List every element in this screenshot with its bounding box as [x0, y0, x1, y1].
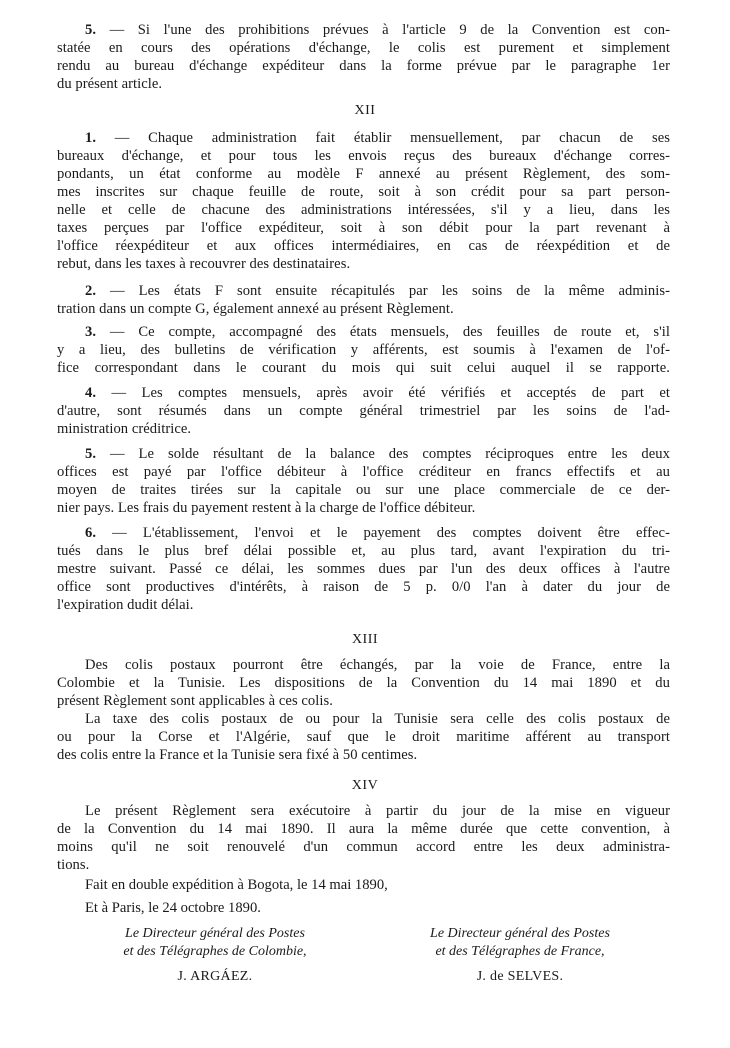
- text-line: ou pour la Corse et l'Algérie, sauf que …: [57, 729, 670, 747]
- text-line: rebut, dans les taxes à recouvrer des de…: [57, 256, 670, 274]
- line-text: — Les comptes mensuels, après avoir été …: [96, 385, 670, 401]
- text-line: 2. — Les états F sont ensuite récapitulé…: [85, 283, 670, 301]
- line-text: — Ce compte, accompagné des états mensue…: [96, 324, 670, 340]
- signatory-title-line: Le Directeur général des Postes: [80, 925, 350, 943]
- text-line: pondants, un état conforme au modèle F a…: [57, 166, 670, 184]
- text-line: l'expiration dudit délai.: [57, 597, 670, 615]
- paragraph-number: 4.: [85, 385, 96, 401]
- text-line: 4. — Les comptes mensuels, après avoir é…: [85, 385, 670, 403]
- text-line: présent Règlement sont applicables à ces…: [57, 693, 670, 711]
- line-text: — Le solde résultant de la balance des c…: [96, 446, 670, 462]
- section-heading-xiii: XIII: [0, 632, 730, 648]
- paragraph-number: 1.: [85, 130, 96, 146]
- line-text: — Si l'une des prohibitions prévues à l'…: [96, 22, 670, 38]
- text-line: mes inscrites sur chaque feuille de rout…: [57, 184, 670, 202]
- text-line: du présent article.: [57, 76, 670, 94]
- text-line: mestre suivant. Passé ce délai, les somm…: [57, 561, 670, 579]
- text-line: d'autre, sont résumés dans un compte gén…: [57, 403, 670, 421]
- paragraph-number: 3.: [85, 324, 96, 340]
- done-at-bogota: Fait en double expédition à Bogota, le 1…: [85, 877, 388, 894]
- line-text: — Les états F sont ensuite récapitulés p…: [96, 283, 670, 299]
- paragraph-number: 2.: [85, 283, 96, 299]
- text-line: offices est payé par l'office débiteur à…: [57, 464, 670, 482]
- text-line: La taxe des colis postaux de ou pour la …: [85, 711, 670, 729]
- text-line: Le présent Règlement sera exécutoire à p…: [85, 803, 670, 821]
- signatory-title-line: Le Directeur général des Postes: [385, 925, 655, 943]
- signatory-title-line: et des Télégraphes de Colombie,: [80, 943, 350, 961]
- text-line: 5. — Si l'une des prohibitions prévues à…: [85, 22, 670, 40]
- paragraph-number: 5.: [85, 446, 96, 462]
- text-line: statée en cours des opérations d'échange…: [57, 40, 670, 58]
- line-text: — L'établissement, l'envoi et le payemen…: [96, 525, 670, 541]
- paragraph-number: 6.: [85, 525, 96, 541]
- text-line: 6. — L'établissement, l'envoi et le paye…: [85, 525, 670, 543]
- text-line: taxes perçues par l'office expéditeur, s…: [57, 220, 670, 238]
- text-line: office sont productives d'intérêts, à ra…: [57, 579, 670, 597]
- section-heading-xiv: XIV: [0, 778, 730, 794]
- signatory-name: J. ARGÁEZ.: [80, 969, 350, 985]
- text-line: 5. — Le solde résultant de la balance de…: [85, 446, 670, 464]
- text-line: Colombie et la Tunisie. Les dispositions…: [57, 675, 670, 693]
- text-line: y a lieu, des bulletins de vérification …: [57, 342, 670, 360]
- signatory-title: Le Directeur général des Postes et des T…: [385, 925, 655, 961]
- text-line: nier pays. Les frais du payement restent…: [57, 500, 670, 518]
- text-line: tration dans un compte G, également anne…: [57, 301, 670, 319]
- text-line: l'office réexpéditeur et aux offices int…: [57, 238, 670, 256]
- text-line: 3. — Ce compte, accompagné des états men…: [85, 324, 670, 342]
- text-line: ministration créditrice.: [57, 421, 670, 439]
- text-line: moyen de traites tirées sur la capitale …: [57, 482, 670, 500]
- text-line: de la Convention du 14 mai 1890. Il aura…: [57, 821, 670, 839]
- text-line: 1. — Chaque administration fait établir …: [85, 130, 670, 148]
- text-line: tués dans le plus bref délai possible et…: [57, 543, 670, 561]
- signatory-name: J. de SELVES.: [385, 969, 655, 985]
- paragraph-number: 5.: [85, 22, 96, 38]
- text-line: fice correspondant dans le courant du mo…: [57, 360, 670, 378]
- done-at-paris: Et à Paris, le 24 octobre 1890.: [85, 900, 261, 917]
- section-heading-xii: XII: [0, 103, 730, 119]
- document-page: 5. — Si l'une des prohibitions prévues à…: [0, 0, 730, 1048]
- text-line: tions.: [57, 857, 670, 875]
- signatory-title: Le Directeur général des Postes et des T…: [80, 925, 350, 961]
- text-line: rendu au bureau d'échange expéditeur dan…: [57, 58, 670, 76]
- text-line: nelle et celle de chacune des administra…: [57, 202, 670, 220]
- signatory-title-line: et des Télégraphes de France,: [385, 943, 655, 961]
- text-line: Des colis postaux pourront être échangés…: [85, 657, 670, 675]
- line-text: — Chaque administration fait établir men…: [96, 130, 670, 146]
- text-line: des colis entre la France et la Tunisie …: [57, 747, 670, 765]
- text-line: bureaux d'échange, et pour tous les envo…: [57, 148, 670, 166]
- text-line: moins qu'il ne soit renouvelé d'un commu…: [57, 839, 670, 857]
